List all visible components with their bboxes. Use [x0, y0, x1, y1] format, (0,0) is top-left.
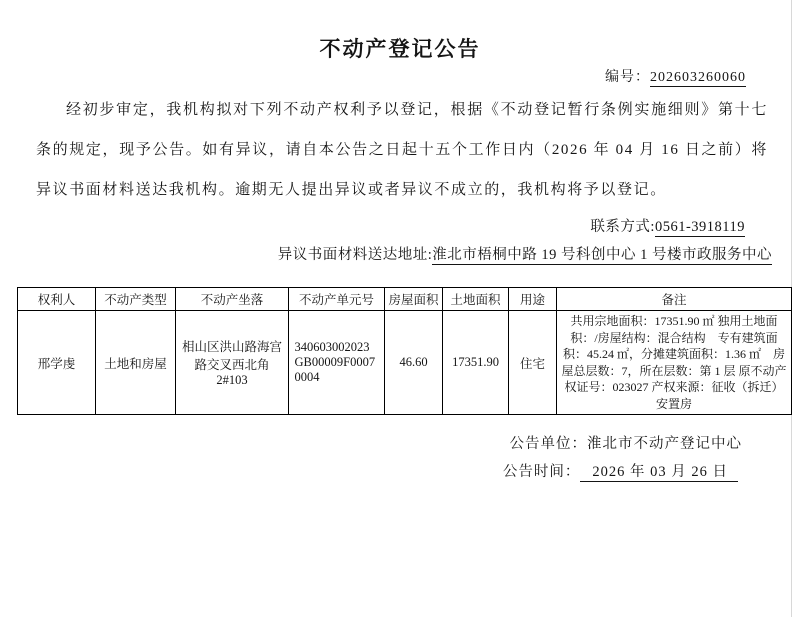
cell-usage: 住宅 [509, 311, 557, 415]
footer-unit-line: 公告单位：淮北市不动产登记中心 [510, 432, 743, 453]
announcement-page: 不动产登记公告 编号：202603260060 经初步审定，我机构拟对下列不动产… [0, 0, 800, 617]
col-header-house-area: 房屋面积 [385, 288, 443, 311]
table-row: 邢学虔 土地和房屋 相山区洪山路海宫路交叉西北角2#103 3406030020… [18, 311, 792, 415]
address-line: 异议书面材料送达地址:淮北市梧桐中路 19 号科创中心 1 号楼市政服务中心 [278, 243, 772, 264]
col-header-land-area: 土地面积 [443, 288, 509, 311]
doc-number-value: 202603260060 [650, 70, 746, 87]
registration-table: 权利人 不动产类型 不动产坐落 不动产单元号 房屋面积 土地面积 用途 备注 邢… [17, 287, 792, 415]
table-header-row: 权利人 不动产类型 不动产坐落 不动产单元号 房屋面积 土地面积 用途 备注 [18, 288, 792, 311]
footer-unit-value: 淮北市不动产登记中心 [587, 436, 742, 452]
doc-number-line: 编号：202603260060 [605, 66, 746, 86]
footer-time-line: 公告时间：2026 年 03 月 26 日 [503, 460, 738, 481]
contact-value: 0561-3918119 [655, 219, 745, 237]
cell-remarks: 共用宗地面积：17351.90 ㎡ 独用土地面积：/房屋结构：混合结构 专有建筑… [557, 311, 792, 415]
col-header-remarks: 备注 [557, 288, 792, 311]
cell-location: 相山区洪山路海宫路交叉西北角2#103 [176, 311, 289, 415]
contact-line: 联系方式:0561-3918119 [590, 215, 745, 236]
address-value: 淮北市梧桐中路 19 号科创中心 1 号楼市政服务中心 [432, 247, 772, 265]
col-header-location: 不动产坐落 [176, 288, 289, 311]
col-header-holder: 权利人 [18, 288, 96, 311]
doc-number-label: 编号： [605, 70, 650, 85]
cell-holder: 邢学虔 [18, 311, 96, 415]
footer-time-label: 公告时间： [503, 464, 581, 480]
contact-label: 联系方式: [590, 219, 655, 235]
footer-unit-label: 公告单位： [510, 436, 588, 452]
cell-unit-no: 340603002023GB00009F00070004 [289, 311, 385, 415]
cell-land-area: 17351.90 [443, 311, 509, 415]
address-label: 异议书面材料送达地址: [278, 247, 433, 263]
col-header-usage: 用途 [509, 288, 557, 311]
col-header-unit-no: 不动产单元号 [289, 288, 385, 311]
col-header-type: 不动产类型 [96, 288, 176, 311]
cell-house-area: 46.60 [385, 311, 443, 415]
footer-time-value: 2026 年 03 月 26 日 [580, 464, 738, 482]
announcement-body: 经初步审定，我机构拟对下列不动产权利予以登记，根据《不动登记暂行条例实施细则》第… [36, 90, 768, 210]
cell-type: 土地和房屋 [96, 311, 176, 415]
page-title: 不动产登记公告 [0, 33, 800, 63]
